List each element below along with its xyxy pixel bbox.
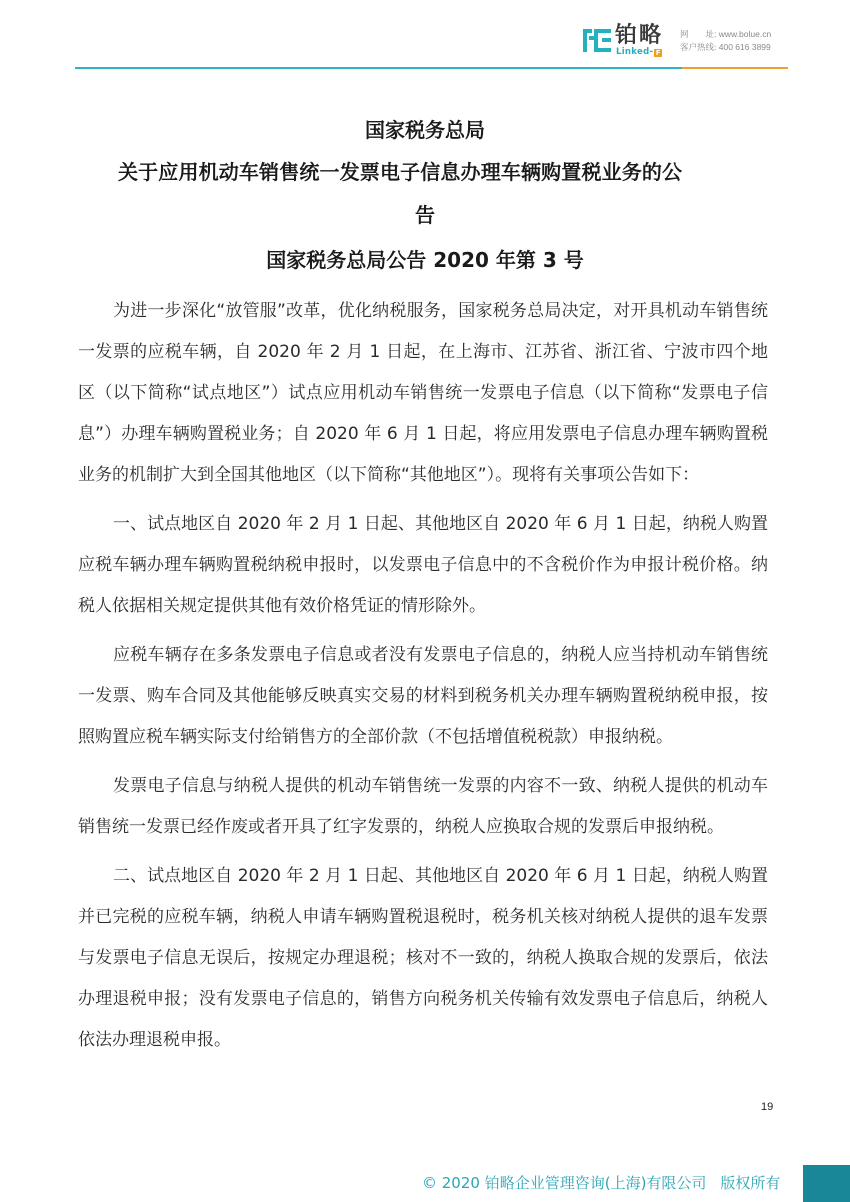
title-announcement-number: 国家税务总局公告 2020 年第 3 号 bbox=[0, 248, 850, 272]
paragraph-item-1-sub-b: 发票电子信息与纳税人提供的机动车销售统一发票的内容不一致、纳税人提供的机动车销售… bbox=[78, 766, 768, 848]
hotline-number: 400 616 3899 bbox=[719, 42, 771, 52]
header-divider-teal bbox=[75, 67, 682, 69]
page-header: 铂略 Linked-F 网 址: www.bolue.cn 客户热线: 400 … bbox=[0, 0, 850, 80]
logo-english-text: Linked- bbox=[616, 47, 653, 57]
footer-accent-block bbox=[803, 1165, 850, 1202]
logo-f-box: F bbox=[654, 49, 662, 57]
title-issuer: 国家税务总局 bbox=[0, 118, 850, 142]
website-row: 网 址: www.bolue.cn bbox=[680, 28, 771, 41]
linked-f-logo-icon bbox=[583, 29, 611, 52]
website-label: 网 址: bbox=[680, 29, 716, 39]
hotline-row: 客户热线: 400 616 3899 bbox=[680, 41, 771, 54]
paragraph-item-2: 二、试点地区自 2020 年 2 月 1 日起、其他地区自 2020 年 6 月… bbox=[78, 856, 768, 1061]
title-subject: 关于应用机动车销售统一发票电子信息办理车辆购置税业务的公 bbox=[118, 160, 768, 184]
logo-english-name: Linked-F bbox=[616, 47, 662, 57]
copyright-rights: 版权所有 bbox=[720, 1174, 780, 1192]
header-divider-orange bbox=[682, 67, 788, 69]
contact-info: 网 址: www.bolue.cn 客户热线: 400 616 3899 bbox=[680, 28, 771, 54]
copyright-company: © 2020 铂略企业管理咨询(上海)有限公司 bbox=[422, 1174, 706, 1192]
paragraph-intro: 为进一步深化“放管服”改革，优化纳税服务，国家税务总局决定，对开具机动车销售统一… bbox=[78, 291, 768, 496]
document-body: 为进一步深化“放管服”改革，优化纳税服务，国家税务总局决定，对开具机动车销售统一… bbox=[78, 291, 768, 1069]
website-url: www.bolue.cn bbox=[719, 29, 771, 39]
paragraph-item-1: 一、试点地区自 2020 年 2 月 1 日起、其他地区自 2020 年 6 月… bbox=[78, 504, 768, 627]
page-number: 19 bbox=[761, 1101, 773, 1113]
copyright-notice: © 2020 铂略企业管理咨询(上海)有限公司版权所有 bbox=[422, 1172, 780, 1193]
logo-chinese-name: 铂略 bbox=[615, 24, 663, 48]
title-subject-continued: 告 bbox=[0, 203, 850, 227]
hotline-label: 客户热线: bbox=[680, 42, 716, 52]
paragraph-item-1-sub-a: 应税车辆存在多条发票电子信息或者没有发票电子信息的，纳税人应当持机动车销售统一发… bbox=[78, 635, 768, 758]
